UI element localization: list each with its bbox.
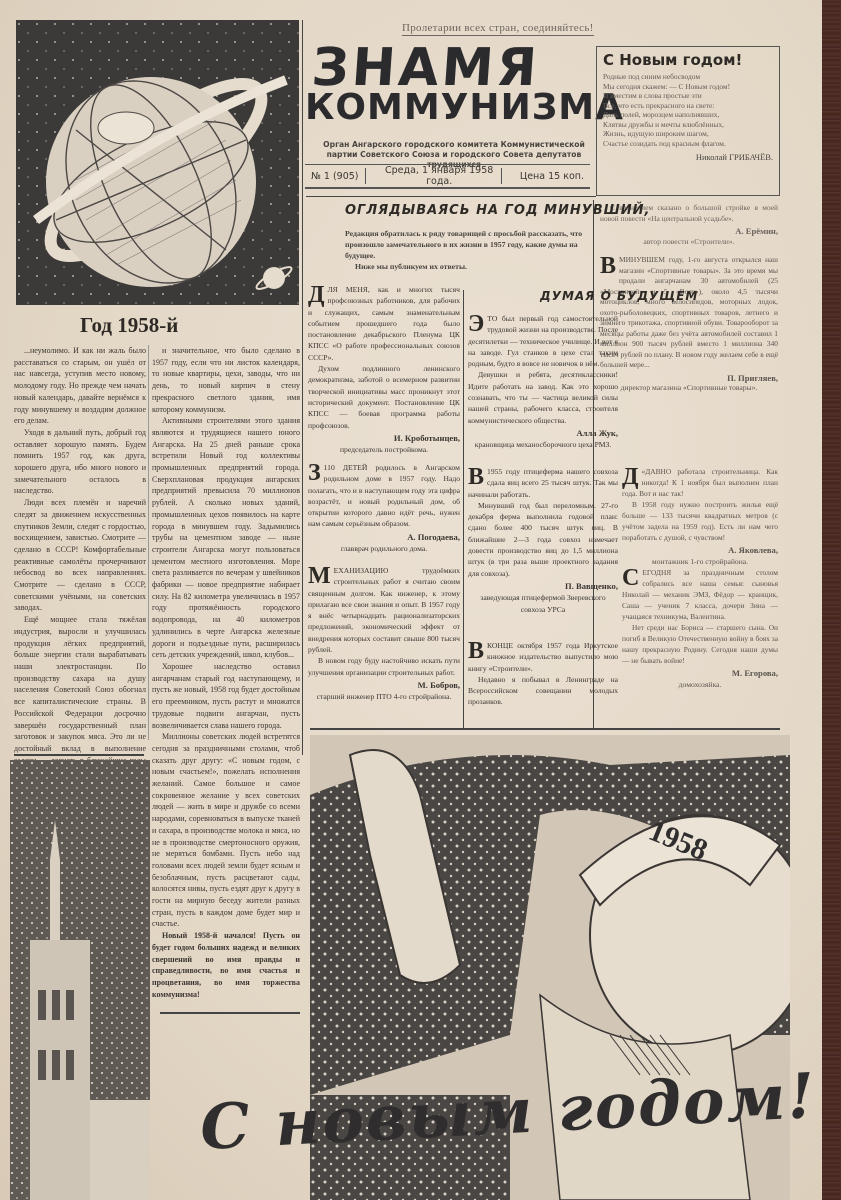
divider xyxy=(463,290,464,730)
issue-date: Среда, 1 января 1958 года. xyxy=(378,165,501,187)
newspaper-page: Пролетарии всех стран, соединяйтесь! ЗНА… xyxy=(0,0,822,1200)
issue-info-bar: № 1 (905) Среда, 1 января 1958 года. Цен… xyxy=(305,164,590,189)
tower-icon xyxy=(10,760,150,1200)
letter-priglyaev: В МИНУВШЕМ году, 1-го августа открылся н… xyxy=(600,255,778,394)
slogan: Пролетарии всех стран, соединяйтесь! xyxy=(402,22,594,36)
masthead-title-line2: КОММУНИЗМА xyxy=(305,90,624,126)
poem-line: Все, что есть прекрасного на свете: xyxy=(603,101,773,111)
poem-line: Счастье созидать под красным флагом. xyxy=(603,139,773,149)
divider xyxy=(306,196,596,197)
globe-illustration xyxy=(16,20,299,305)
letter-krobotyntsev: Д ЛЯ МЕНЯ, как и многих тысяч профсоюзны… xyxy=(308,284,460,455)
divider xyxy=(160,1012,300,1014)
poem-line: Даль полей, морозцем наполнявших, xyxy=(603,110,773,120)
letter-bobrov: М ЕХАНИЗАЦИЮ трудоёмких строительных раб… xyxy=(308,565,460,703)
poem-line: Жизнь, идущую широким шагом, xyxy=(603,129,773,139)
editorial-column-1: ...неумолимо. И как ни жаль было расстав… xyxy=(14,345,146,760)
poem-title: С Новым годом! xyxy=(603,51,773,69)
divider xyxy=(365,168,378,184)
divider xyxy=(14,754,144,756)
divider xyxy=(148,345,149,740)
letter-egorova: С ЕГОДНЯ за праздничным столом собрались… xyxy=(622,567,778,690)
issue-price: Цена 15 коп. xyxy=(514,171,590,182)
poem-line: Клятвы дружбы и мечты влюблённых, xyxy=(603,120,773,130)
editorial-title: Год 1958-й xyxy=(80,313,178,338)
poem-line: Родные под синим небосводом xyxy=(603,72,773,82)
letter-zhuk: Э ТО был первый год самостоятельной труд… xyxy=(468,313,618,451)
divider xyxy=(310,728,780,730)
editorial-column-2: и значительное, что было сделано в 1957 … xyxy=(152,345,300,1005)
letter-book: В КОНЦЕ октября 1957 года Иркутское книж… xyxy=(468,640,618,708)
issue-number: № 1 (905) xyxy=(305,171,365,182)
letter-yakovleva: Д «ДАВНО работала строительница. Как ник… xyxy=(622,466,778,567)
poem-author: Николай ГРИБАЧЁВ. xyxy=(603,152,773,162)
poem-line: И вместим в слова простые эти xyxy=(603,91,773,101)
feature-subtitle: ДУМАЯ О БУДУЩЕМ xyxy=(540,289,698,303)
building-illustration xyxy=(10,760,150,1200)
divider xyxy=(501,168,514,184)
letter-pogodaeva: З 110 ДЕТЕЙ родилось в Ангарском родильн… xyxy=(308,462,460,554)
globe-icon xyxy=(16,20,299,305)
feature-lead: Редакция обратилась к ряду товарищей с п… xyxy=(345,228,595,272)
poem-box: С Новым годом! Родные под синим небосвод… xyxy=(596,46,780,196)
poem-line: Мы сегодня скажем: — С Новым годом! xyxy=(603,82,773,92)
letter-vavshchenko: В 1955 году птицеферма нашего совхоза сд… xyxy=(468,466,618,615)
feature-title: ОГЛЯДЫВАЯСЬ НА ГОД МИНУВШИЙ, xyxy=(345,203,650,218)
divider xyxy=(302,20,303,755)
